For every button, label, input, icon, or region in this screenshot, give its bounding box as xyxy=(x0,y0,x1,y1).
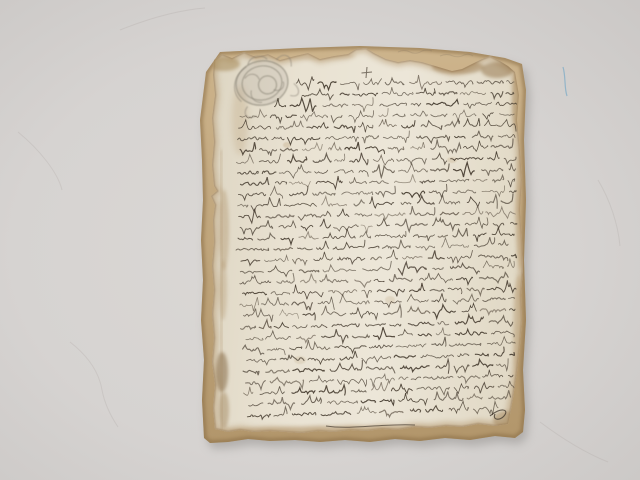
left-fold-stain xyxy=(221,150,222,430)
photo-of-manuscript xyxy=(0,0,640,480)
manuscript-photo xyxy=(0,0,640,480)
stain xyxy=(219,392,229,428)
stain xyxy=(447,157,457,163)
